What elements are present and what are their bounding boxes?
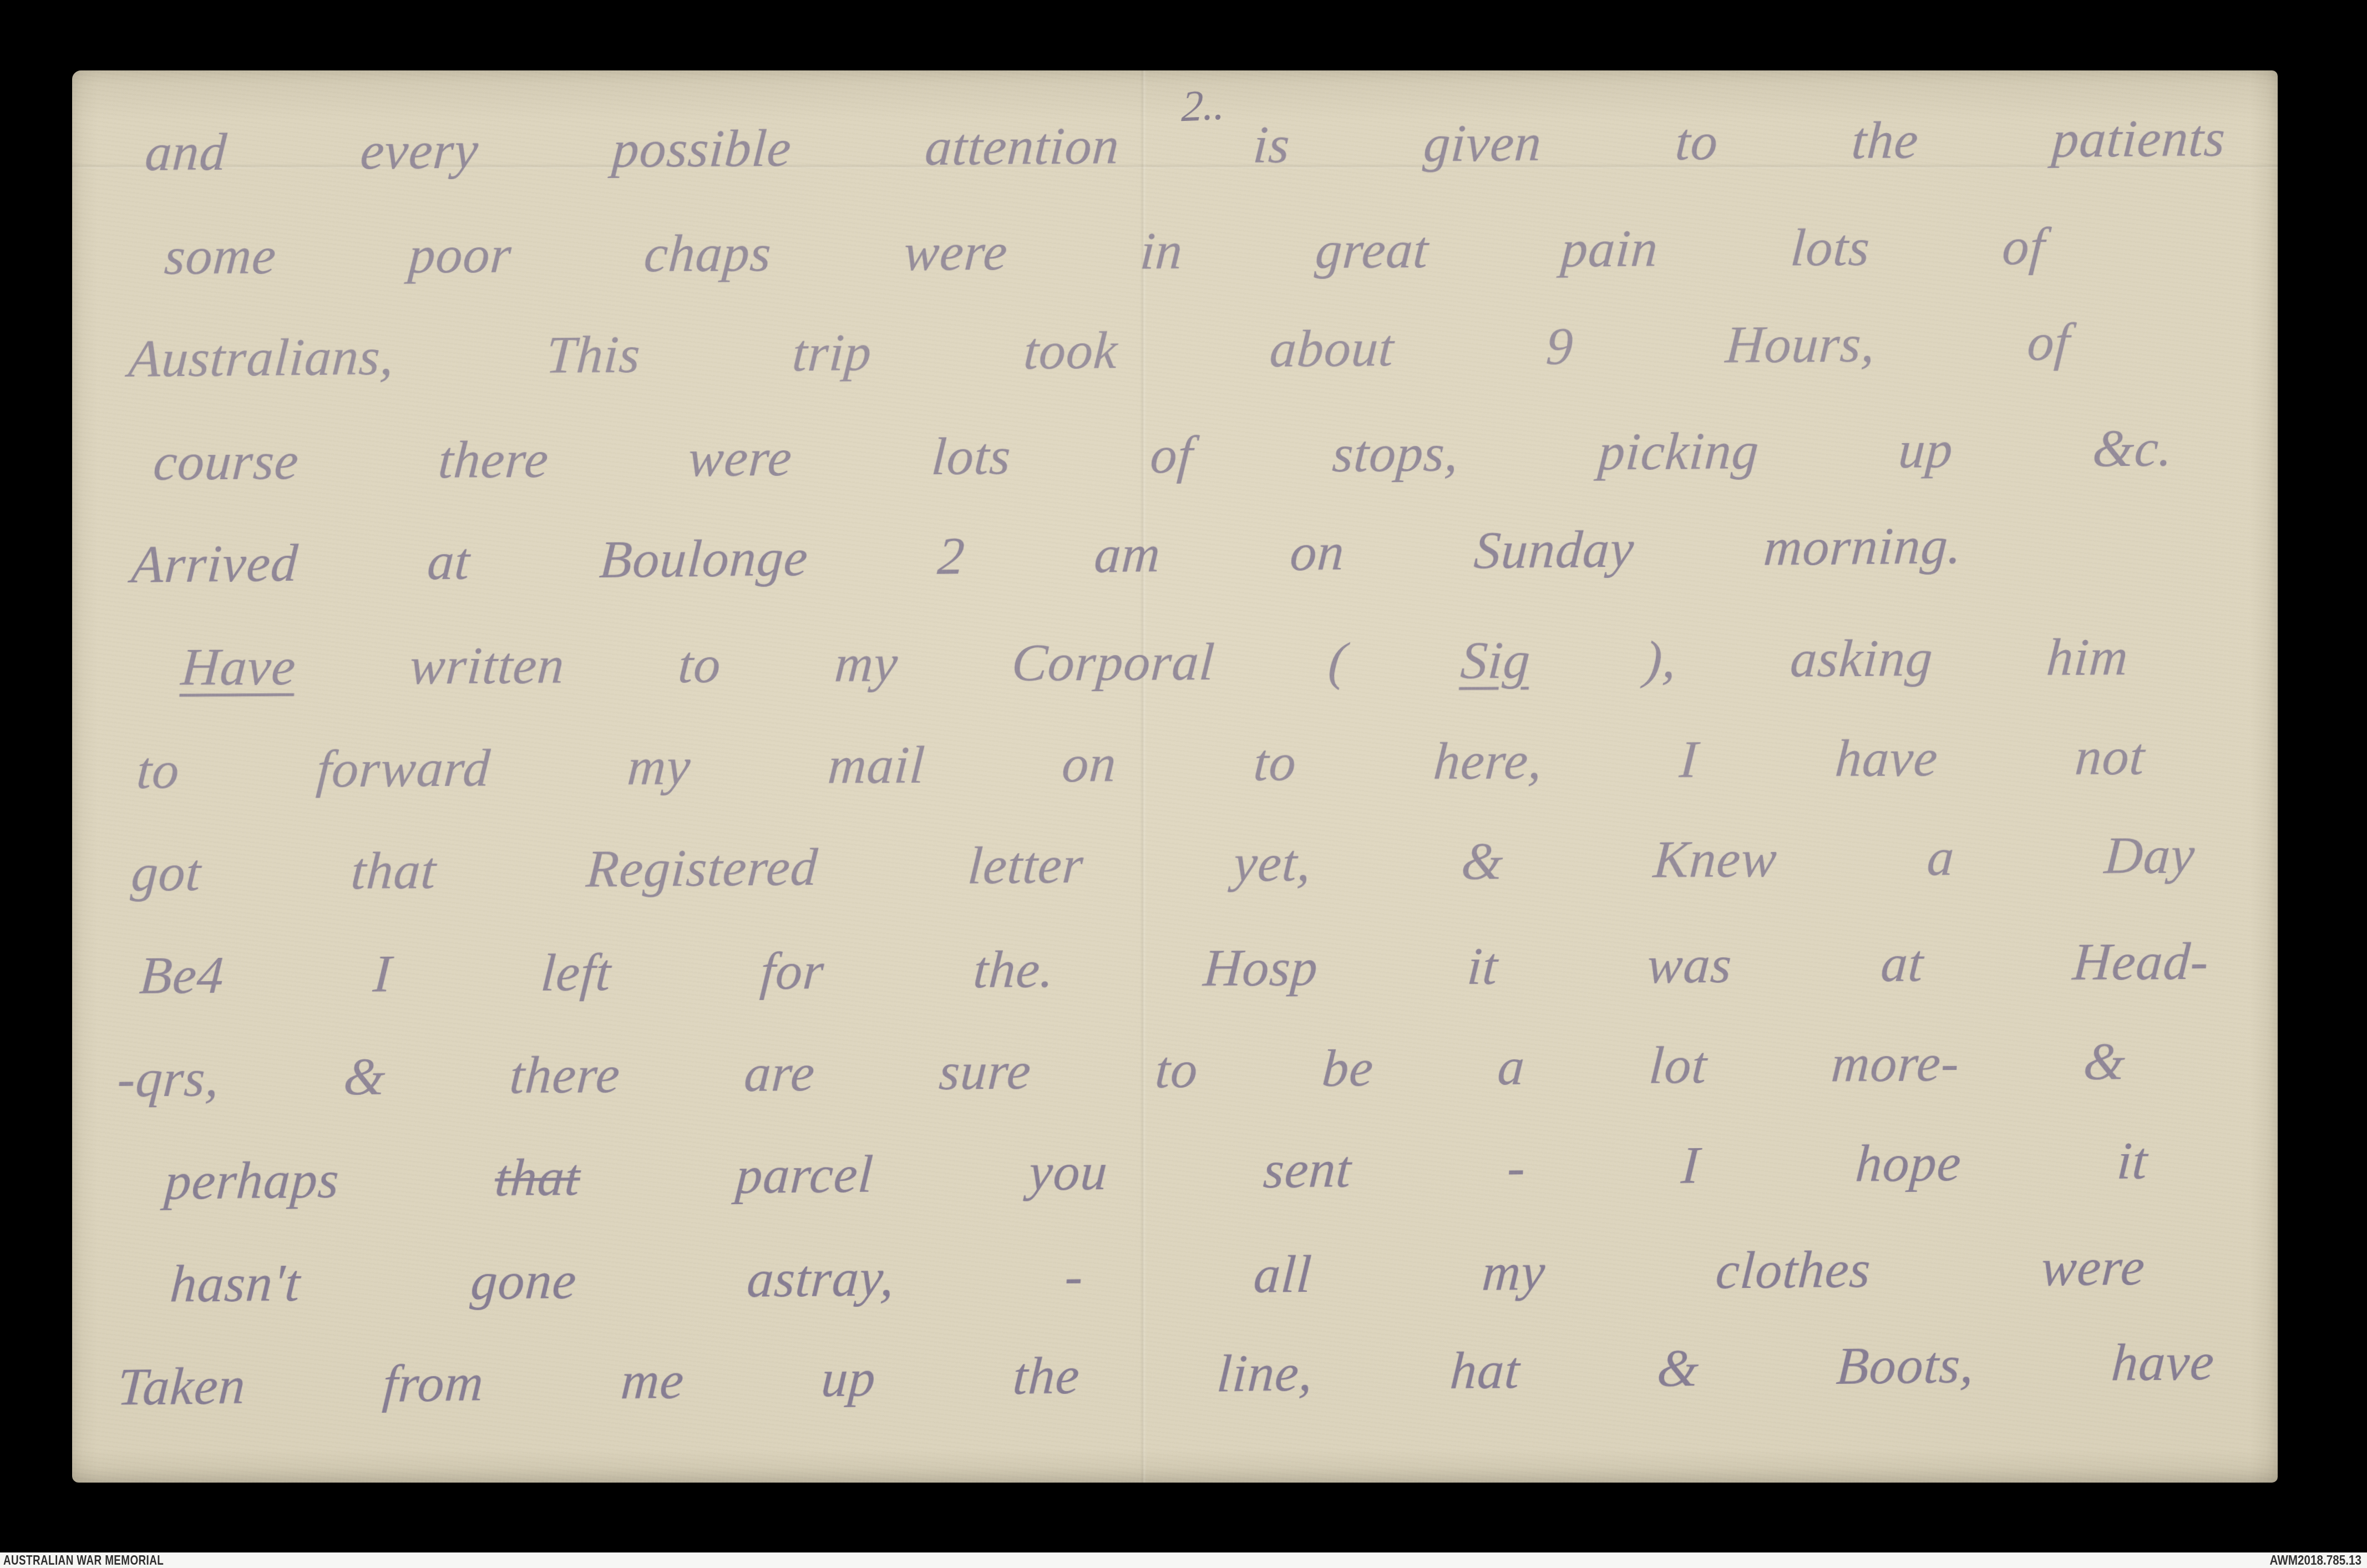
letter-word-segment: course there were lots of stops, picking… [152,418,2175,491]
letter-word-segment: ), asking him [1643,627,2130,689]
letter-line-13: Taken from me up the line, hat & Boots, … [116,1334,2216,1415]
letter-line-3: Australians, This trip took about 9 Hour… [127,314,2072,387]
letter-word-segment: Arrived at Boulonge 2 am on Sunday morni… [130,515,1964,594]
archive-name-label: AUSTRALIAN WAR MEMORIAL [3,1553,164,1568]
letter-word-segment: some poor chaps were in great pain lots … [163,216,2047,286]
letter-word-segment: hasn't gone astray, - all my clothes wer… [169,1237,2147,1313]
letter-word-segment: Be4 I left for the. Hosp it was at Head- [138,931,2211,1005]
letter-line-6: Have written to my Corporal ( Sig ), ask… [179,630,2130,696]
letter-word-segment: perhaps [163,1150,341,1211]
letter-word-segment: and every possible attention is given to… [144,108,2228,182]
letter-page: 2.. and every possible attention is give… [72,70,2278,1483]
letter-line-8: got that Registered letter yet, & Knew a… [130,828,2197,901]
footer-bar: AUSTRALIAN WAR MEMORIAL AWM2018.785.13 [0,1552,2367,1568]
letter-line-10: -qrs, & there are sure to be a lot more-… [116,1033,2127,1107]
letter-line-5: Arrived at Boulonge 2 am on Sunday morni… [130,517,1964,592]
letter-line-7: to forward my mail on to here, I have no… [135,729,2147,799]
letter-word-segment: that [493,1147,582,1207]
letter-word-segment: to forward my mail on to here, I have no… [135,727,2147,800]
letter-word-segment: Have [179,637,297,697]
letter-word-segment: Australians, This trip took about 9 Hour… [127,312,2072,388]
letter-line-2: some poor chaps were in great pain lots … [163,219,2046,285]
letter-word-segment: parcel you sent - I hope it [734,1131,2150,1205]
letter-word-segment: got that Registered letter yet, & Knew a… [130,825,2197,903]
letter-word-segment: Taken from me up the line, hat & Boots, … [116,1332,2216,1417]
letter-word-segment: written to my Corporal ( [408,631,1349,696]
letter-line-9: Be4 I left for the. Hosp it was at Head- [138,933,2211,1004]
letter-line-4: course there were lots of stops, picking… [152,420,2175,490]
catalog-number-label: AWM2018.785.13 [2269,1553,2361,1568]
letter-word-segment: Sig [1459,630,1533,690]
letter-word-segment: -qrs, & there are sure to be a lot more-… [116,1031,2127,1108]
scan-background: 2.. and every possible attention is give… [0,0,2367,1568]
letter-line-1: and every possible attention is given to… [144,110,2227,181]
letter-line-11: perhaps that parcel you sent - I hope it [163,1133,2150,1210]
letter-line-12: hasn't gone astray, - all my clothes wer… [169,1239,2147,1312]
